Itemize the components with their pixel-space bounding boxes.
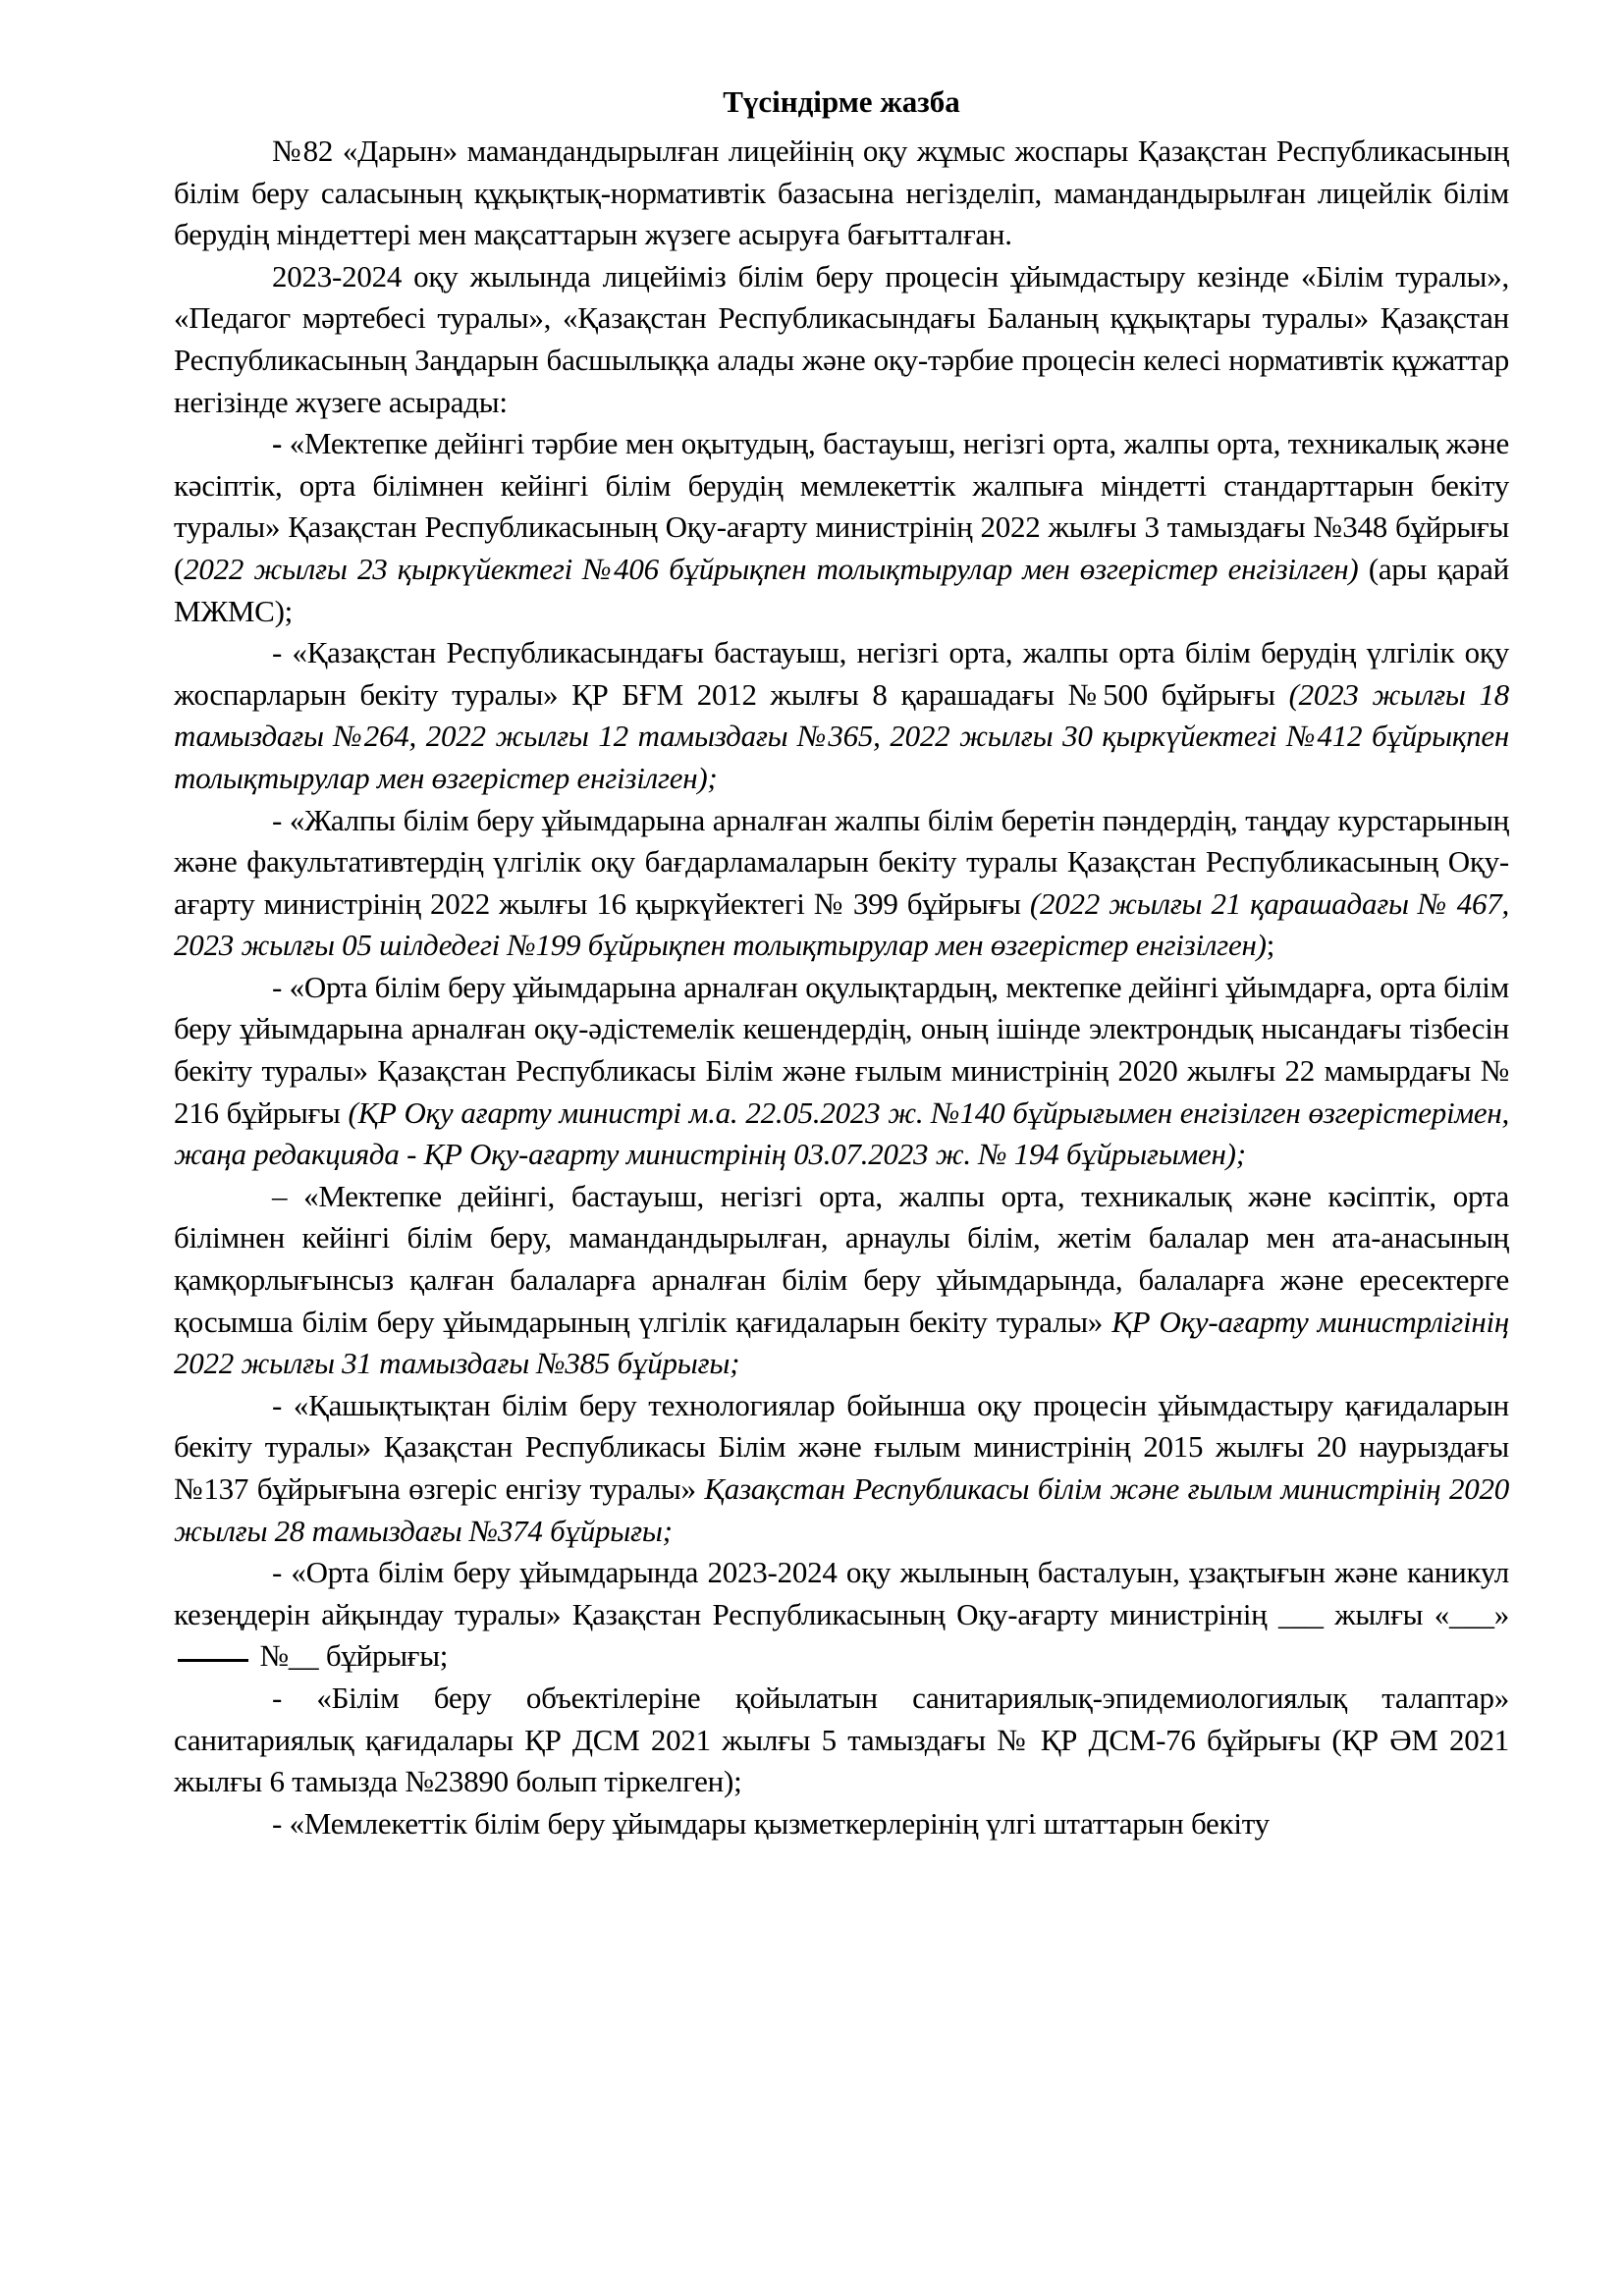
amendment-note: (ҚР Оқу ағарту министрі м.а. 22.05.2023 … <box>174 1095 1509 1172</box>
document-page: Түсіндірме жазба №82 «Дарын» мамандандыр… <box>174 82 1509 1844</box>
paragraph-laws: 2023-2024 оқу жылында лицейіміз білім бе… <box>174 256 1509 423</box>
amendment-note: 2022 жылғы 23 қыркүйектегі №406 бұйрықпе… <box>184 552 1358 586</box>
paragraph-doc-5: – «Мектепке дейінгі, бастауыш, негізгі о… <box>174 1176 1509 1385</box>
paragraph-doc-3: - «Жалпы білім беру ұйымдарына арналған … <box>174 800 1509 967</box>
paragraph-text: №__ бұйрығы; <box>252 1638 448 1673</box>
paragraph-doc-7: - «Орта білім беру ұйымдарында 2023-2024… <box>174 1552 1509 1678</box>
paragraph-intro: №82 «Дарын» мамандандырылған лицейінің о… <box>174 131 1509 256</box>
document-body: №82 «Дарын» мамандандырылған лицейінің о… <box>174 131 1509 1844</box>
paragraph-text: - «Орта білім беру ұйымдарында 2023-2024… <box>174 1555 1509 1631</box>
paragraph-text: 2023-2024 оқу жылында лицейіміз білім бе… <box>174 259 1509 419</box>
paragraph-text: ; <box>1267 928 1274 962</box>
paragraph-doc-1: - «Мектепке дейінгі тәрбие мен оқытудың,… <box>174 423 1509 632</box>
document-title: Түсіндірме жазба <box>174 82 1509 122</box>
list-dash: - <box>272 426 290 460</box>
paragraph-text: №82 «Дарын» мамандандырылған лицейінің о… <box>174 133 1509 251</box>
paragraph-doc-4: - «Орта білім беру ұйымдарына арналған о… <box>174 967 1509 1176</box>
paragraph-text: - «Білім беру объектілеріне қойылатын са… <box>174 1681 1509 1798</box>
paragraph-doc-2: - «Қазақстан Республикасындағы бастауыш,… <box>174 632 1509 799</box>
blank-underline <box>178 1658 248 1662</box>
paragraph-doc-9: - «Мемлекеттік білім беру ұйымдары қызме… <box>174 1803 1509 1845</box>
paragraph-doc-8: - «Білім беру объектілеріне қойылатын са… <box>174 1678 1509 1803</box>
paragraph-doc-6: - «Қашықтықтан білім беру технологиялар … <box>174 1385 1509 1552</box>
paragraph-text: - «Мемлекеттік білім беру ұйымдары қызме… <box>272 1806 1270 1841</box>
